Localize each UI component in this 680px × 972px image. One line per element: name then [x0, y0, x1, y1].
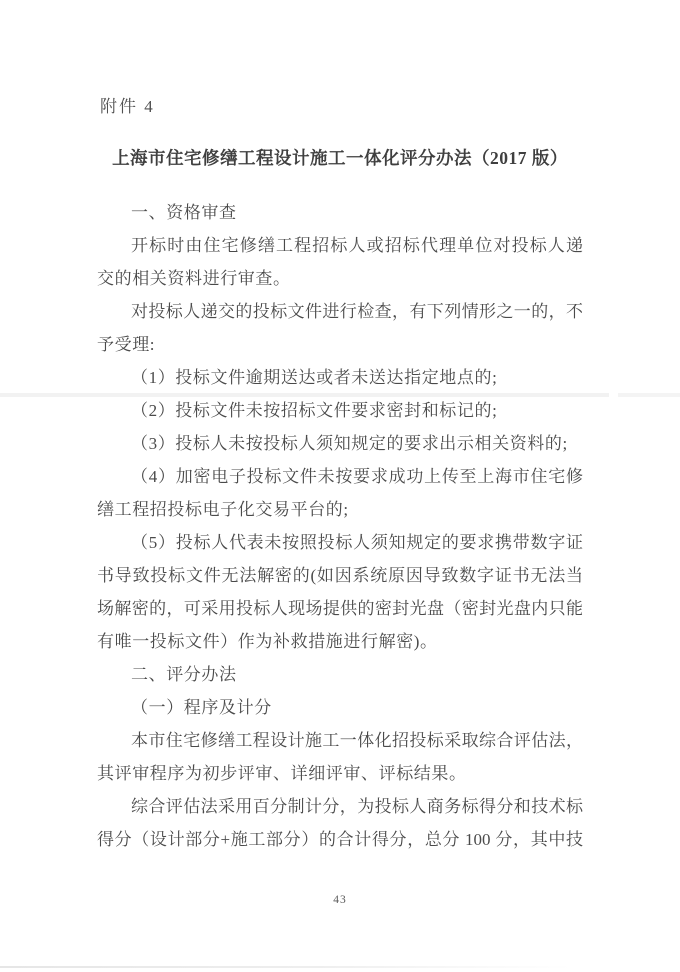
list-item-2: （2）投标文件未按招标文件要求密封和标记的; — [97, 394, 583, 427]
list-item-1: （1）投标文件逾期送达或者未送达指定地点的; — [97, 361, 583, 394]
doc-line: 开标时由住宅修缮工程招标人或招标代理单位对投标人递 — [97, 229, 583, 262]
subsection-heading-procedure: （一）程序及计分 — [97, 691, 583, 724]
list-item-3: （3）投标人未按投标人须知规定的要求出示相关资料的; — [97, 427, 583, 460]
list-item-5: （5）投标人代表未按照投标人须知规定的要求携带数字证 — [97, 526, 583, 559]
section-heading-scoring-method: 二、评分办法 — [97, 658, 583, 691]
scan-edge-artifact — [0, 966, 572, 968]
doc-line: 其评审程序为初步评审、详细评审、评标结果。 — [97, 757, 583, 790]
doc-line: 综合评估法采用百分制计分，为投标人商务标得分和技术标 — [97, 790, 583, 823]
doc-line: 场解密的，可采用投标人现场提供的密封光盘（密封光盘内只能 — [97, 592, 583, 625]
scanned-document-page: 附件 4 上海市住宅修缮工程设计施工一体化评分办法（2017 版） 一、资格审查… — [0, 0, 680, 972]
section-heading-qualification-review: 一、资格审查 — [97, 196, 583, 229]
document-body: 一、资格审查 开标时由住宅修缮工程招标人或招标代理单位对投标人递 交的相关资料进… — [97, 196, 583, 856]
doc-line: 有唯一投标文件）作为补救措施进行解密)。 — [97, 625, 583, 658]
scan-artifact-line-right — [618, 393, 680, 397]
document-title: 上海市住宅修缮工程设计施工一体化评分办法（2017 版） — [0, 145, 680, 170]
list-item-4: （4）加密电子投标文件未按要求成功上传至上海市住宅修 — [97, 460, 583, 493]
attachment-label: 附件 4 — [100, 92, 155, 117]
page-number: 43 — [0, 894, 680, 906]
doc-line: 对投标人递交的投标文件进行检查，有下列情形之一的，不 — [97, 295, 583, 328]
doc-line: 予受理: — [97, 328, 583, 361]
doc-line: 书导致投标文件无法解密的(如因系统原因导致数字证书无法当 — [97, 559, 583, 592]
doc-line: 本市住宅修缮工程设计施工一体化招投标采取综合评估法， — [97, 724, 583, 757]
doc-line: 缮工程招投标电子化交易平台的; — [97, 493, 583, 526]
doc-line: 得分（设计部分+施工部分）的合计得分，总分 100 分，其中技 — [97, 823, 583, 856]
doc-line: 交的相关资料进行审查。 — [97, 262, 583, 295]
